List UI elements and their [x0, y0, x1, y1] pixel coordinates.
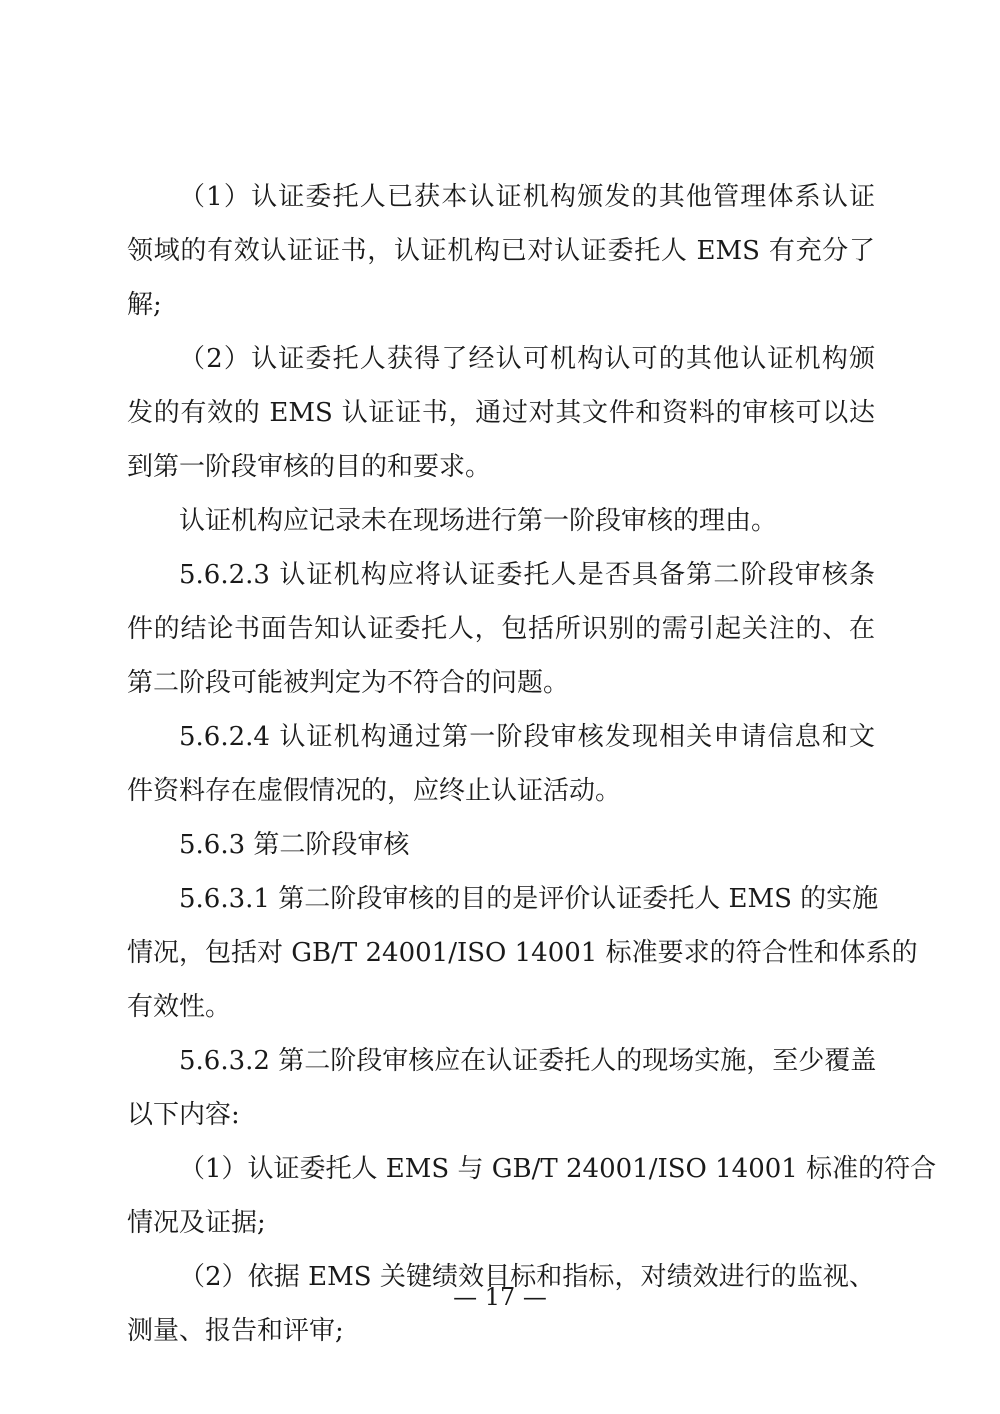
list-item-1-line-2: 情况及证据; [127, 1196, 875, 1250]
clause-5-6-3-2-line-1: 5.6.3.2 第二阶段审核应在认证委托人的现场实施，至少覆盖 [127, 1034, 875, 1088]
paragraph-record-reason: 认证机构应记录未在现场进行第一阶段审核的理由。 [127, 494, 875, 548]
list-item-2-line-2: 测量、报告和评审; [127, 1304, 875, 1358]
clause-5-6-2-3-line-3: 第二阶段可能被判定为不符合的问题。 [127, 656, 875, 710]
clause-5-6-2-4-line-2: 件资料存在虚假情况的，应终止认证活动。 [127, 764, 875, 818]
paragraph-item-1-line-2: 领域的有效认证证书，认证机构已对认证委托人 EMS 有充分了 [127, 224, 875, 278]
paragraph-item-2-line-1: （2）认证委托人获得了经认可机构认可的其他认证机构颁 [127, 332, 875, 386]
list-item-1-line-1: （1）认证委托人 EMS 与 GB/T 24001/ISO 14001 标准的符… [127, 1142, 875, 1196]
paragraph-item-2-line-3: 到第一阶段审核的目的和要求。 [127, 440, 875, 494]
paragraph-item-2-line-2: 发的有效的 EMS 认证证书，通过对其文件和资料的审核可以达 [127, 386, 875, 440]
clause-5-6-3-1-line-2: 情况，包括对 GB/T 24001/ISO 14001 标准要求的符合性和体系的 [127, 926, 875, 980]
clause-5-6-3-2-line-2: 以下内容: [127, 1088, 875, 1142]
clause-5-6-2-3-line-1: 5.6.2.3 认证机构应将认证委托人是否具备第二阶段审核条 [127, 548, 875, 602]
clause-5-6-2-3-line-2: 件的结论书面告知认证委托人，包括所识别的需引起关注的、在 [127, 602, 875, 656]
paragraph-item-1-line-1: （1）认证委托人已获本认证机构颁发的其他管理体系认证 [127, 170, 875, 224]
clause-5-6-2-4-line-1: 5.6.2.4 认证机构通过第一阶段审核发现相关申请信息和文 [127, 710, 875, 764]
paragraph-item-1-line-3: 解; [127, 278, 875, 332]
section-heading-5-6-3: 5.6.3 第二阶段审核 [127, 818, 875, 872]
clause-5-6-3-1-line-1: 5.6.3.1 第二阶段审核的目的是评价认证委托人 EMS 的实施 [127, 872, 875, 926]
clause-5-6-3-1-line-3: 有效性。 [127, 980, 875, 1034]
page-number: — 17 — [0, 1282, 1000, 1312]
